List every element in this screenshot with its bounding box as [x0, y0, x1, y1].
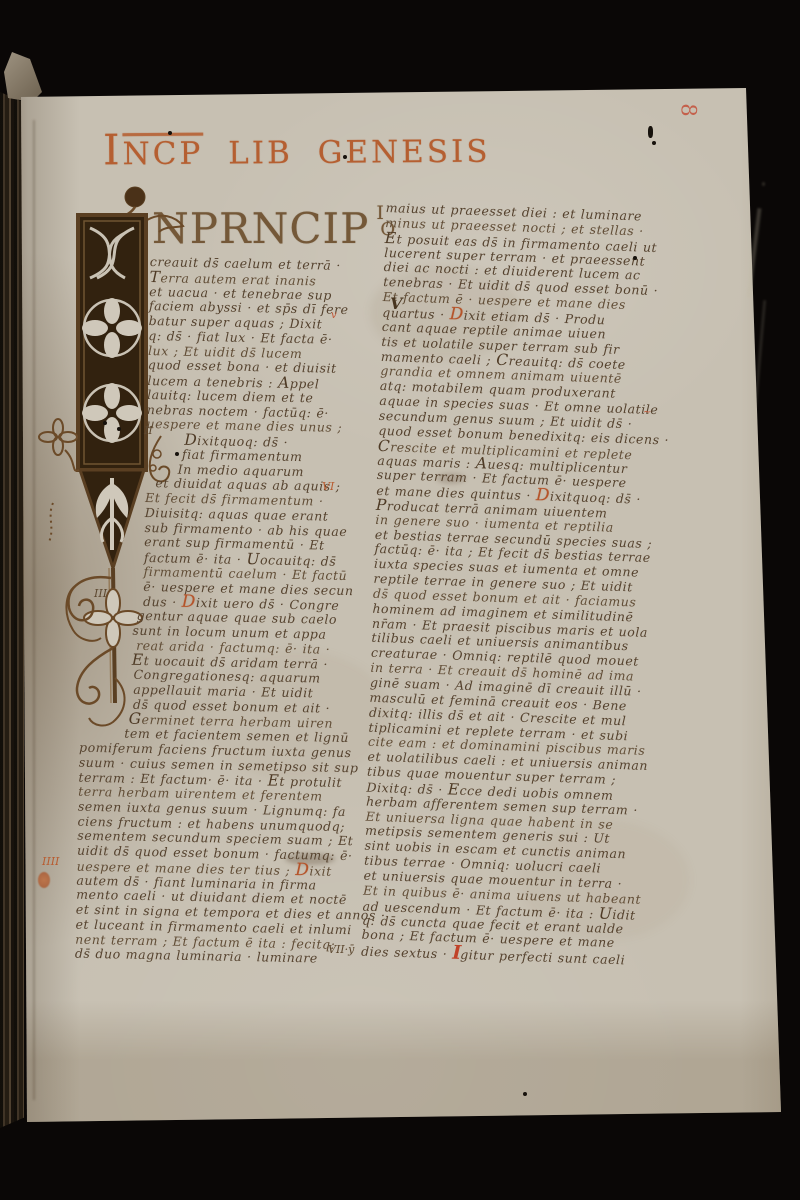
marginal-numeral: V [390, 294, 402, 313]
marginal-numeral: VI [322, 480, 334, 493]
book-binding-page-edges [0, 92, 24, 1128]
parchment-speck [168, 131, 172, 135]
rubric-abbreviated: NCP [122, 136, 203, 173]
torn-parchment-tab [4, 52, 44, 102]
marginal-numeral: IIII [42, 855, 59, 868]
rubric-initial-i: I [103, 125, 123, 174]
folio-number-mark: 8 [676, 103, 700, 117]
parchment-speck [175, 452, 179, 456]
marginal-numeral: II [144, 424, 153, 437]
parchment-speck [523, 1092, 527, 1096]
right-text-column: maius ut praeesset diei : et luminaremin… [361, 201, 677, 967]
dust-speck [762, 182, 765, 186]
rubric-rest: LIB GENESIS [228, 134, 491, 172]
marginal-numeral: v [331, 310, 337, 321]
parchment-speck [343, 155, 347, 159]
rubric-title: INCP LIB GENESIS [103, 132, 491, 173]
marginal-numeral: VII·ȳ [328, 943, 354, 956]
parchment-speck [652, 141, 656, 145]
parchment-speck [117, 427, 121, 431]
text-run: gitur perfecti sunt caeli [460, 947, 625, 967]
text-run: uespere et mane dies unus ; [146, 416, 342, 435]
marginal-numeral: III [94, 587, 107, 600]
text-run: dies sextus · [361, 944, 453, 962]
parchment-speck [103, 421, 107, 425]
marginal-numeral: ~ [643, 407, 651, 418]
margin-paint-fleck [38, 872, 50, 888]
parchment-speck [633, 256, 637, 260]
manuscript-photograph: INCP LIB GENESIS NPRNCIPIO [0, 0, 800, 1200]
left-text-column: creauit ds̄ caelum et terrā ·Terra aute… [136, 255, 399, 968]
parchment-speck [648, 126, 653, 138]
parchment-page: INCP LIB GENESIS NPRNCIPIO [0, 0, 800, 1200]
